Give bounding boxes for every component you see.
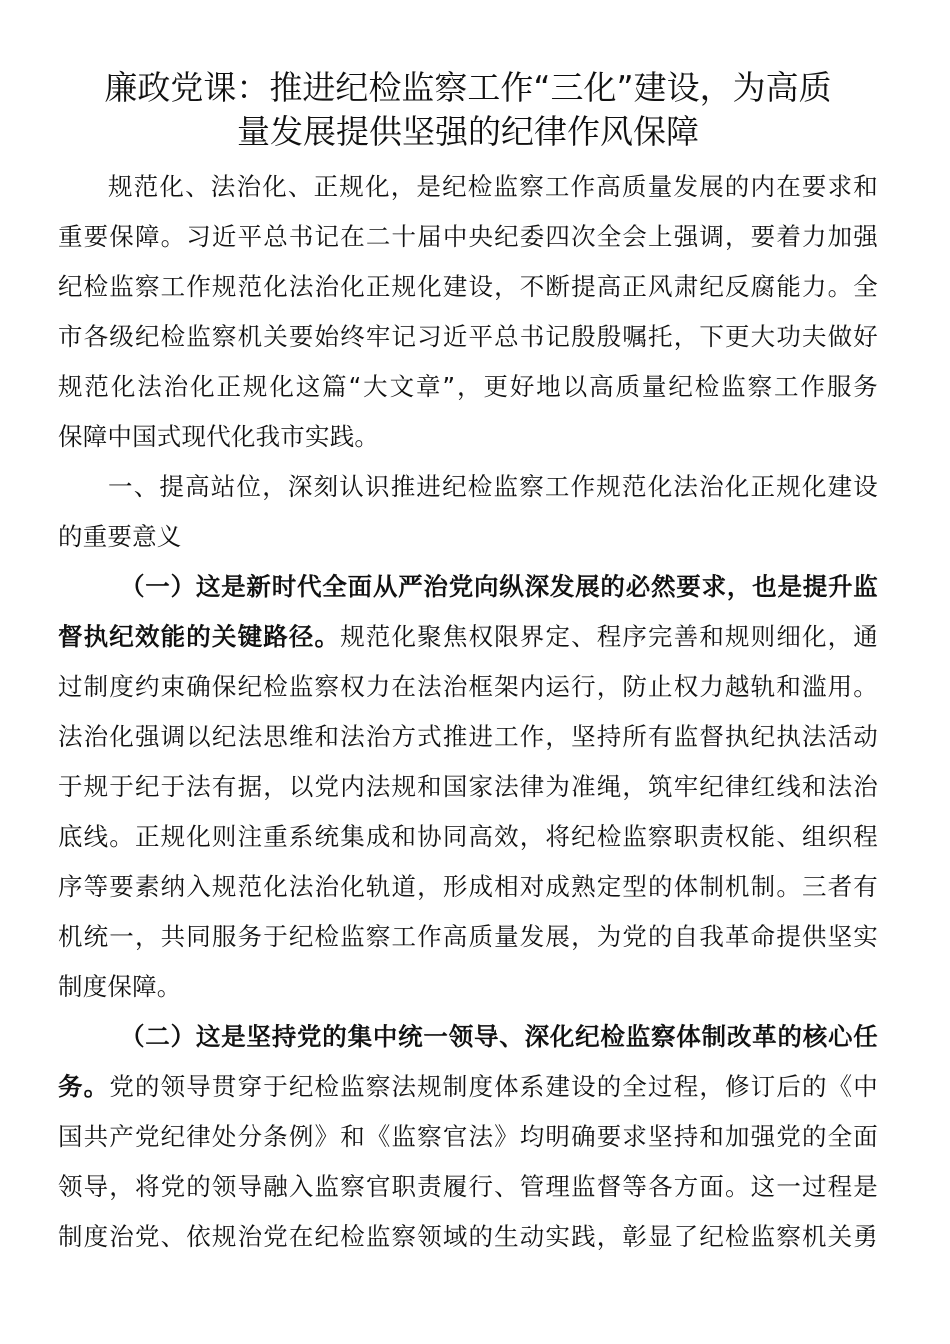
text-line: 序等要素纳入规范化法治化轨道，形成相对成熟定型的体制机制。三者有 [58, 862, 878, 912]
document-title: 廉政党课：推进纪检监察工作“三化”建设，为高质 量发展提供坚强的纪律作风保障 [58, 66, 878, 154]
document-body: 规范化、法治化、正规化，是纪检监察工作高质量发展的内在要求和 重要保障。习近平总… [58, 162, 878, 1262]
text-line: 规范化法治化正规化这篇“大文章”，更好地以高质量纪检监察工作服务 [58, 362, 878, 412]
title-line-2: 量发展提供坚强的纪律作风保障 [58, 110, 878, 154]
text-line: 机统一，共同服务于纪检监察工作高质量发展，为党的自我革命提供坚实 [58, 912, 878, 962]
text-line: 过制度约束确保纪检监察权力在法治框架内运行，防止权力越轨和滥用。 [58, 662, 878, 712]
text-line: 制度保障。 [58, 962, 878, 1012]
point-2-bold-heading: （二）这是坚持党的集中统一领导、深化纪检监察体制改革的核心任 [58, 1012, 878, 1062]
text-line: 纪检监察工作规范化法治化正规化建设，不断提高正风肃纪反腐能力。全 [58, 262, 878, 312]
point-2-paragraph: （二）这是坚持党的集中统一领导、深化纪检监察体制改革的核心任 务。党的领导贯穿于… [58, 1012, 878, 1262]
text-line: 保障中国式现代化我市实践。 [58, 412, 878, 462]
intro-paragraph: 规范化、法治化、正规化，是纪检监察工作高质量发展的内在要求和 重要保障。习近平总… [58, 162, 878, 462]
text-line: 督执纪效能的关键路径。规范化聚焦权限界定、程序完善和规则细化，通 [58, 612, 878, 662]
text-line: 制度治党、依规治党在纪检监察领域的生动实践，彰显了纪检监察机关勇 [58, 1212, 878, 1262]
text-segment: 党的领导贯穿于纪检监察法规制度体系建设的全过程，修订后的《中 [109, 1072, 878, 1101]
text-line: 国共产党纪律处分条例》和《监察官法》均明确要求坚持和加强党的全面 [58, 1112, 878, 1162]
document-page: 廉政党课：推进纪检监察工作“三化”建设，为高质 量发展提供坚强的纪律作风保障 规… [58, 66, 878, 1262]
text-line: 务。党的领导贯穿于纪检监察法规制度体系建设的全过程，修订后的《中 [58, 1062, 878, 1112]
text-line: 于规于纪于法有据，以党内法规和国家法律为准绳，筑牢纪律红线和法治 [58, 762, 878, 812]
point-1-bold-heading-end: 督执纪效能的关键路径。 [58, 622, 340, 651]
text-line: 的重要意义 [58, 512, 878, 562]
text-line: 底线。正规化则注重系统集成和协同高效，将纪检监察职责权能、组织程 [58, 812, 878, 862]
text-line: 市各级纪检监察机关要始终牢记习近平总书记殷殷嘱托，下更大功夫做好 [58, 312, 878, 362]
text-line: 领导，将党的领导融入监察官职责履行、管理监督等各方面。这一过程是 [58, 1162, 878, 1212]
text-line: 重要保障。习近平总书记在二十届中央纪委四次全会上强调，要着力加强 [58, 212, 878, 262]
text-segment: 规范化聚焦权限界定、程序完善和规则细化，通 [340, 622, 878, 651]
point-1-paragraph: （一）这是新时代全面从严治党向纵深发展的必然要求，也是提升监 督执纪效能的关键路… [58, 562, 878, 1012]
text-line: 法治化强调以纪法思维和法治方式推进工作，坚持所有监督执纪执法活动 [58, 712, 878, 762]
text-line: 规范化、法治化、正规化，是纪检监察工作高质量发展的内在要求和 [58, 162, 878, 212]
point-1-bold-heading: （一）这是新时代全面从严治党向纵深发展的必然要求，也是提升监 [58, 562, 878, 612]
section-1-heading: 一、提高站位，深刻认识推进纪检监察工作规范化法治化正规化建设 的重要意义 [58, 462, 878, 562]
text-line: 一、提高站位，深刻认识推进纪检监察工作规范化法治化正规化建设 [58, 462, 878, 512]
title-line-1: 廉政党课：推进纪检监察工作“三化”建设，为高质 [58, 66, 878, 110]
point-2-bold-heading-end: 务。 [58, 1072, 109, 1101]
